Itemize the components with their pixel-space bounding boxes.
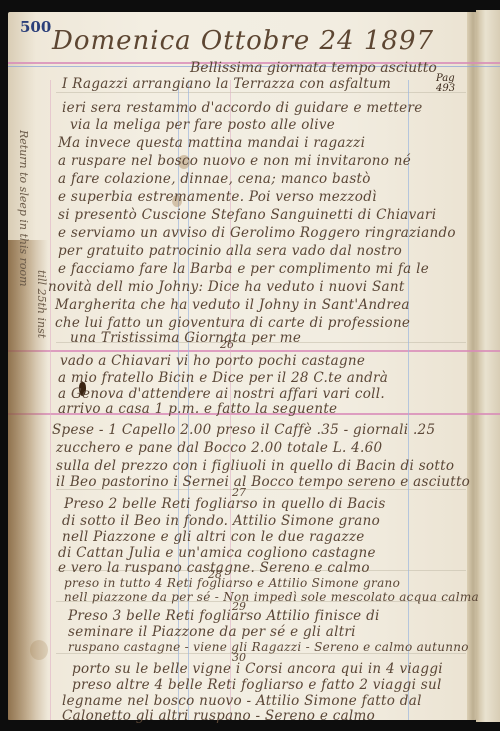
text-line: nell Piazzone e gli altri con le due rag… [62,529,365,545]
page-gutter [467,12,479,720]
text-line: Spese - 1 Capello 2.00 preso il Caffè .3… [52,422,435,438]
text-line: legname nel bosco nuovo - Attilio Simone… [62,693,422,709]
text-line: di sotto il Beo in fondo. Attilio Simone… [62,513,380,529]
text-line: e serviamo un avviso di Gerolimo Roggero… [58,225,456,241]
text-line: sulla del prezzo con i figliuoli in quel… [56,458,454,474]
margin-note: Return to sleep in this room [17,130,30,287]
text-line: preso altre 4 belle Reti fogliarso e fat… [72,677,442,693]
text-line: vado a Chiavari vi ho porto pochi castag… [60,353,365,369]
text-line: il Beo pastorino i Sernei al Bocco tempo… [56,474,470,490]
page-reference-value: 493 [436,83,455,94]
text-line: I Ragazzi arrangiano la Terrazza con asf… [62,76,391,92]
text-line: via la meliga per fare posto alle olive [70,117,335,133]
text-line: si presentò Cuscione Stefano Sanguinetti… [58,207,436,223]
text-line: arrivo a casa 1 p.m. e fatto la seguente [58,401,337,417]
text-line: nell piazzone da per sé - Non impedì sol… [64,590,479,604]
text-line: seminare il Piazzone da per sé e gli alt… [68,624,356,640]
margin-note: till 25th inst [35,270,48,338]
text-line: per gratuito patrocinio alla sera vado d… [58,243,402,259]
text-line: ruspano castagne - viene gli Ragazzi - S… [68,640,469,654]
margin-rule [50,80,51,720]
text-line: a ruspare nel bosco nuovo e non mi invit… [58,153,411,169]
mid-red-rule [8,350,500,352]
page-number: 500 [20,18,51,36]
text-line: ieri sera restammo d'accordo di guidare … [62,100,423,116]
text-line: Calonetto gli altri ruspano - Sereno e c… [62,708,375,724]
text-line: Preso 2 belle Reti fogliarso in quello d… [64,496,386,512]
column-rule [408,80,409,720]
text-line: Margherita che ha veduto il Johny in San… [55,297,410,313]
text-line: porto su le belle vigne i Corsi ancora q… [72,661,443,677]
text-line: che lui fatto un gioventura di carte di … [55,315,410,331]
text-line: a fare colazione, dinnae, cena; manco ba… [58,171,371,187]
line-rule [56,92,466,93]
text-line: zucchero e pane dal Bocco 2.00 totale L.… [56,440,382,456]
text-line: e facciamo fare la Barba e per complimen… [58,261,429,277]
text-line: a Genova d'attendere ai nostri affari va… [58,386,385,402]
text-line: di Cattan Julia e un'amica cogliono cast… [58,545,376,561]
weather-note: Bellissima giornata tempo asciutto [190,60,437,76]
adjacent-page-edge [476,10,500,722]
date-heading: Domenica Ottobre 24 1897 [52,26,434,56]
text-line: Ma invece questa mattina mandai i ragazz… [58,135,365,151]
entry-number: 26 [220,338,234,351]
text-line: a mio fratello Bicin e Dice per il 28 C.… [58,370,388,386]
text-line: novità dell mio Johny: Dice ha veduto i … [48,279,405,295]
stain-spot [30,640,48,660]
page-reference: Pag 493 [436,74,455,94]
text-line: Preso 3 belle Reti fogliarso Attilio fin… [68,608,380,624]
text-line: e superbia estremamente. Poi verso mezzo… [58,189,377,205]
text-line: preso in tutto 4 Reti fogliarso e Attili… [64,576,400,590]
